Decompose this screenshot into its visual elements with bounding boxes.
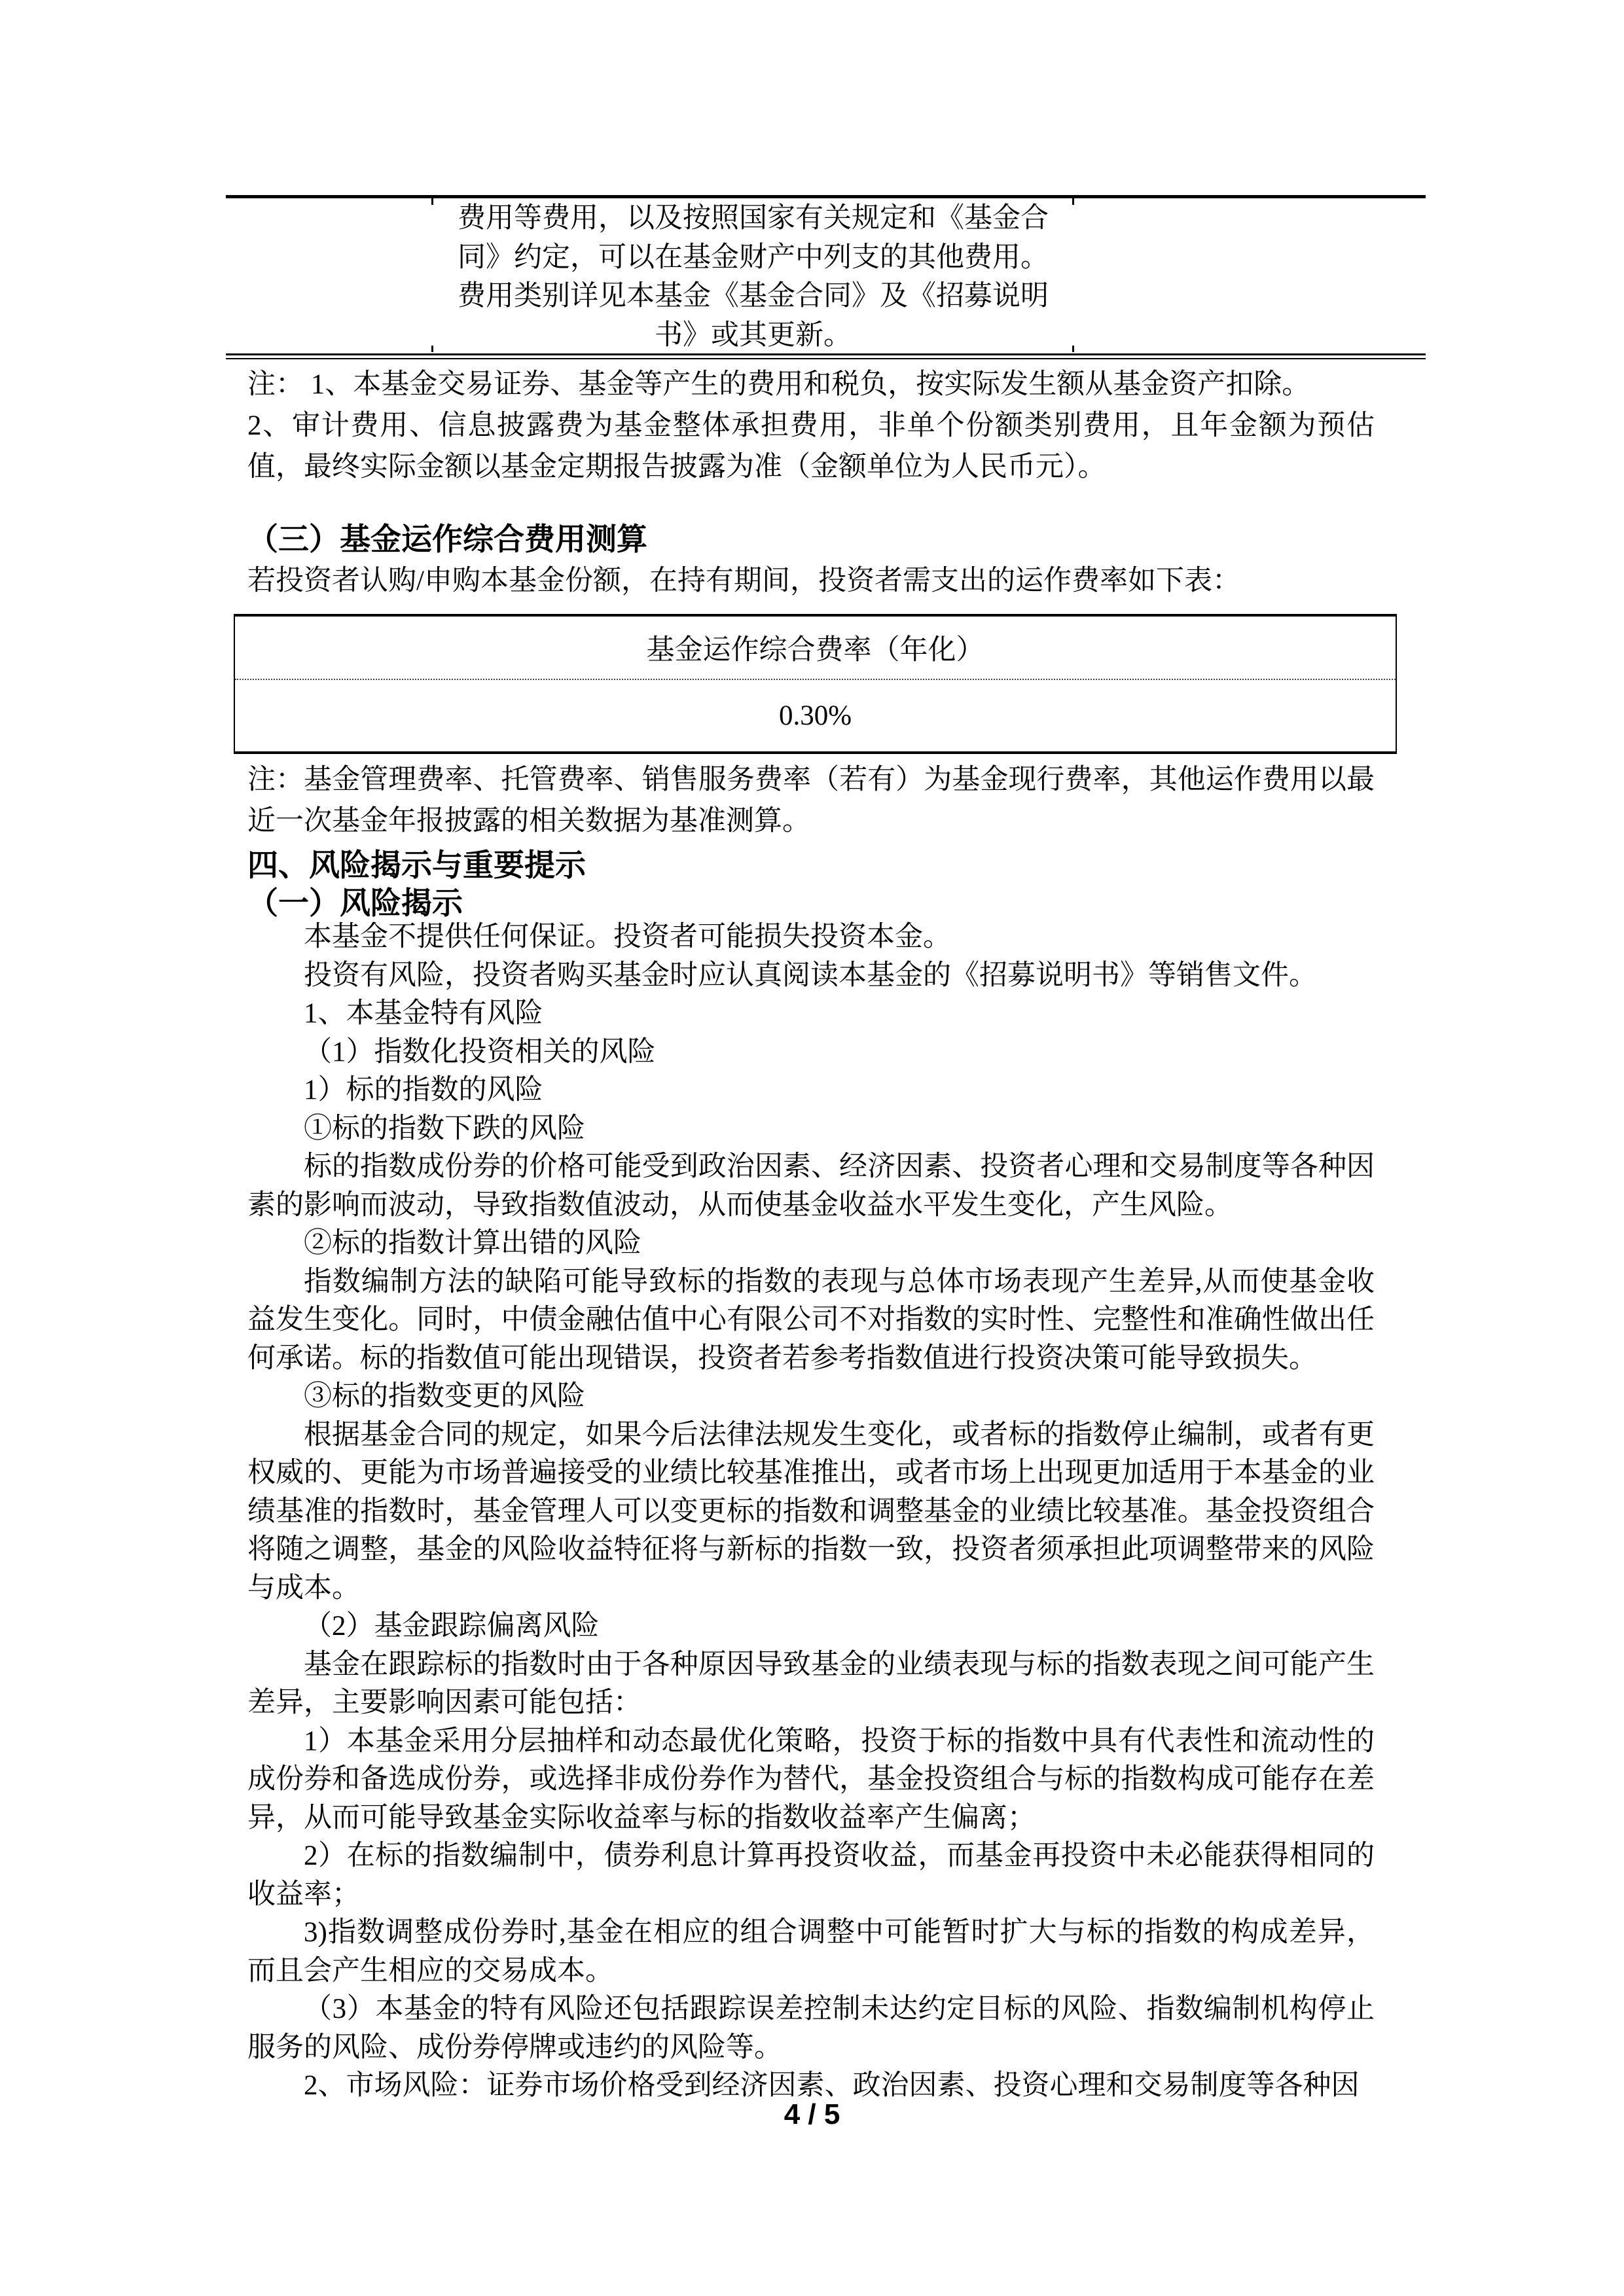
risk-paragraph: ②标的指数计算出错的风险 — [247, 1225, 1375, 1263]
cell-line: 费用等费用，以及按照国家有关规定和《基金合 — [433, 199, 1074, 238]
table-column-tick — [431, 346, 433, 352]
table-note-2: 2、审计费用、信息披露费为基金整体承担费用，非单个份额类别费用，且年金额为预估值… — [247, 405, 1375, 488]
risk-paragraph: （2）基金跟踪偏离风险 — [247, 1607, 1375, 1646]
fee-table-header-cell: 基金运作综合费率（年化） — [235, 617, 1396, 680]
risk-paragraph: 1）标的指数的风险 — [247, 1071, 1375, 1110]
table-top-border — [226, 195, 1426, 198]
table-notes: 注： 1、本基金交易证券、基金等产生的费用和税负，按实际发生额从基金资产扣除。 … — [247, 364, 1375, 488]
risk-paragraph: 标的指数成份券的价格可能受到政治因素、经济因素、投资者心理和交易制度等各种因素的… — [247, 1148, 1375, 1225]
risk-paragraph: 根据基金合同的规定，如果今后法律法规发生变化，或者标的指数停止编制，或者有更权威… — [247, 1416, 1375, 1608]
risk-disclosure-body: 本基金不提供任何保证。投资者可能损失投资本金。 投资有风险，投资者购买基金时应认… — [247, 918, 1375, 2106]
risk-paragraph: 本基金不提供任何保证。投资者可能损失投资本金。 — [247, 918, 1375, 957]
section-three-heading: （三）基金运作综合费用测算 — [247, 521, 647, 558]
continued-table-cell: 费用等费用，以及按照国家有关规定和《基金合 同》约定，可以在基金财产中列支的其他… — [433, 199, 1074, 355]
document-page: 费用等费用，以及按照国家有关规定和《基金合 同》约定，可以在基金财产中列支的其他… — [0, 0, 1624, 2296]
risk-paragraph: 3)指数调整成份券时,基金在相应的组合调整中可能暂时扩大与标的指数的构成差异，而… — [247, 1914, 1375, 1990]
fee-table-value-cell: 0.30% — [235, 680, 1396, 751]
cell-line: 费用类别详见本基金《基金合同》及《招募说明 — [433, 277, 1074, 316]
risk-paragraph: ③标的指数变更的风险 — [247, 1378, 1375, 1416]
section-three-intro: 若投资者认购/申购本基金份额，在持有期间，投资者需支出的运作费率如下表： — [247, 563, 1399, 600]
risk-paragraph: 2）在标的指数编制中，债券利息计算再投资收益，而基金再投资中未必能获得相同的收益… — [247, 1837, 1375, 1914]
risk-paragraph: 1、本基金特有风险 — [247, 995, 1375, 1033]
risk-paragraph: ①标的指数下跌的风险 — [247, 1110, 1375, 1149]
cell-line: 书》或其更新。 — [433, 316, 1074, 355]
risk-paragraph: 1）本基金采用分层抽样和动态最优化策略，投资于标的指数中具有代表性和流动性的成份… — [247, 1723, 1375, 1838]
cell-line: 同》约定，可以在基金财产中列支的其他费用。 — [433, 238, 1074, 278]
table-note-1: 注： 1、本基金交易证券、基金等产生的费用和税负，按实际发生额从基金资产扣除。 — [247, 364, 1375, 405]
fee-rate-table: 基金运作综合费率（年化） 0.30% — [234, 614, 1397, 754]
risk-paragraph: 投资有风险，投资者购买基金时应认真阅读本基金的《招募说明书》等销售文件。 — [247, 957, 1375, 996]
risk-paragraph: （3）本基金的特有风险还包括跟踪误差控制未达约定目标的风险、指数编制机构停止服务… — [247, 1990, 1375, 2067]
section-four-heading: 四、风险揭示与重要提示 — [247, 847, 586, 884]
risk-paragraph: 基金在跟踪标的指数时由于各种原因导致基金的业绩表现与标的指数表现之间可能产生差异… — [247, 1646, 1375, 1723]
table-bottom-double-border — [226, 353, 1426, 359]
section-four-subheading: （一）风险揭示 — [247, 885, 463, 922]
risk-paragraph: 指数编制方法的缺陷可能导致标的指数的表现与总体市场表现产生差异,从而使基金收益发… — [247, 1263, 1375, 1378]
risk-paragraph: （1）指数化投资相关的风险 — [247, 1033, 1375, 1072]
fee-table-note-text: 注：基金管理费率、托管费率、销售服务费率（若有）为基金现行费率，其他运作费用以最… — [247, 759, 1375, 842]
fee-table-note: 注：基金管理费率、托管费率、销售服务费率（若有）为基金现行费率，其他运作费用以最… — [247, 759, 1375, 842]
table-column-tick — [1072, 346, 1074, 352]
page-number: 4 / 5 — [0, 2098, 1624, 2131]
